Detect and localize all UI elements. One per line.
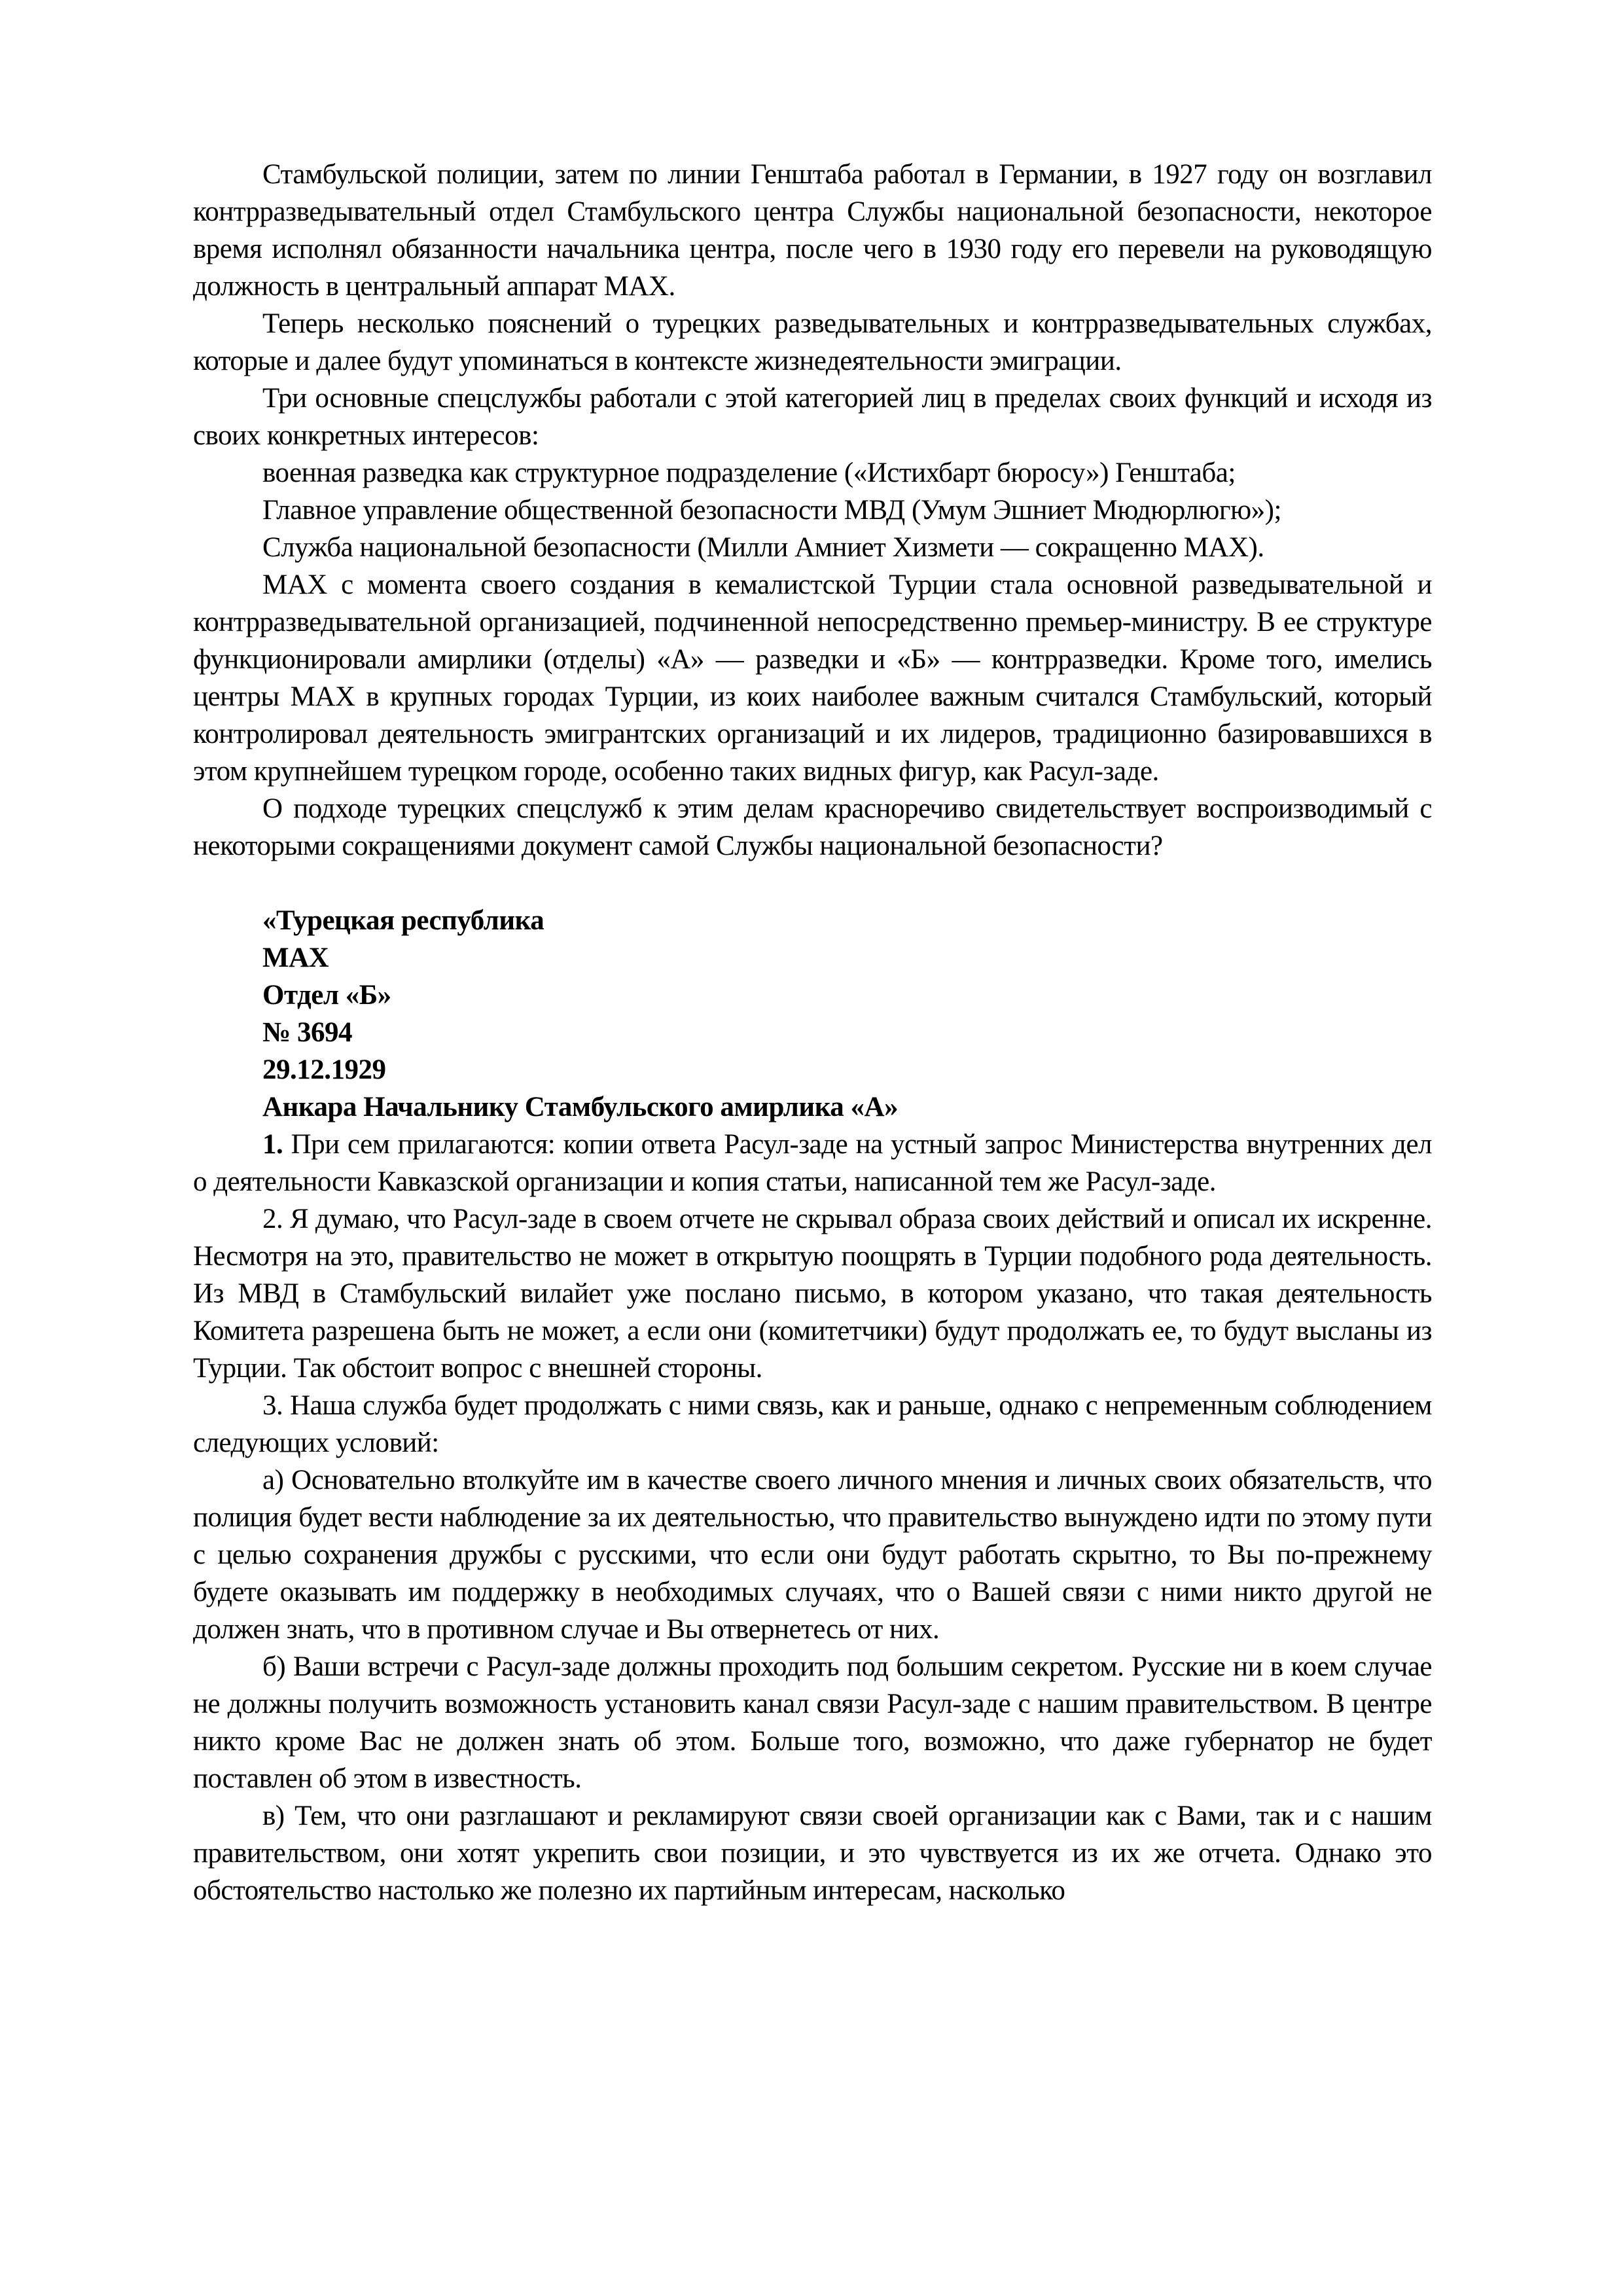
list-item: Главное управление общественной безопасн… (193, 492, 1432, 529)
paragraph: МАХ с момента своего создания в кемалист… (193, 566, 1432, 790)
letter-header-country: «Турецкая республика (193, 902, 1432, 939)
letter-header-department: Отдел «Б» (193, 977, 1432, 1014)
letter-header-agency: МАХ (193, 939, 1432, 977)
paragraph: Три основные спецслужбы работали с этой … (193, 380, 1432, 454)
paragraph: Стамбульской полиции, затем по линии Ген… (193, 156, 1432, 305)
blank-line (193, 865, 1432, 902)
paragraph: О подходе турецких спецслужб к этим дела… (193, 790, 1432, 865)
document-text: Стамбульской полиции, затем по линии Ген… (193, 156, 1432, 1909)
paragraph: 2. Я думаю, что Расул-заде в своем отчет… (193, 1200, 1432, 1387)
paragraph-number: 1. (262, 1129, 283, 1160)
letter-header-number: № 3694 (193, 1014, 1432, 1051)
document-page: Стамбульской полиции, затем по линии Ген… (0, 0, 1623, 2296)
letter-header-date: 29.12.1929 (193, 1051, 1432, 1088)
paragraph: а) Основательно втолкуйте им в качестве … (193, 1462, 1432, 1648)
paragraph: б) Ваши встречи с Расул-заде должны прох… (193, 1648, 1432, 1797)
list-item: военная разведка как структурное подразд… (193, 454, 1432, 492)
letter-header-addressee: Анкара Начальнику Стамбульского амирлика… (193, 1088, 1432, 1126)
list-item: Служба национальной безопасности (Милли … (193, 529, 1432, 566)
paragraph: в) Тем, что они разглашают и рекламируют… (193, 1797, 1432, 1909)
paragraph: Теперь несколько пояснений о турецких ра… (193, 305, 1432, 380)
paragraph: 3. Наша служба будет продолжать с ними с… (193, 1387, 1432, 1462)
paragraph: 1. При сем прилагаются: копии ответа Рас… (193, 1126, 1432, 1200)
